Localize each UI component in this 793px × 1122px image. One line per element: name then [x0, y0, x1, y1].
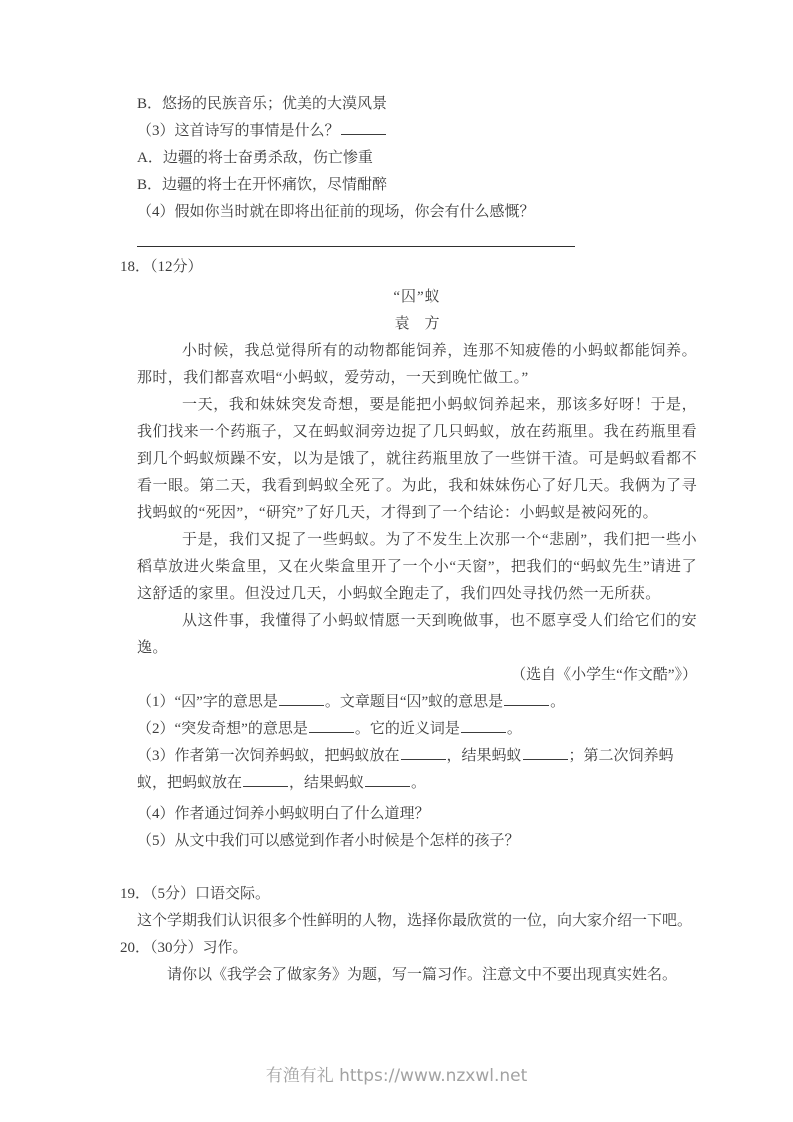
- sub-question-4: （4）作者通过饲养小蚂蚁明白了什么道理？: [137, 801, 697, 828]
- sub-question-2-part: 。它的近义词是: [355, 721, 460, 737]
- sub-question-2-part: 。: [507, 721, 522, 737]
- sub-question-1-part: 。: [550, 694, 565, 710]
- answer-blank: [279, 690, 324, 706]
- exam-page: B．悠扬的民族音乐；优美的大漠风景 （3）这首诗写的事情是什么？ A．边疆的将士…: [0, 0, 793, 1122]
- answer-blank: [504, 690, 549, 706]
- answer-blank: [341, 119, 386, 135]
- question-20-body: 请你以《我学会了做家务》为题，写一篇习作。注意文中不要出现真实姓名。: [137, 962, 697, 989]
- answer-blank: [401, 744, 446, 760]
- sub-question-5: （5）从文中我们可以感觉到作者小时候是个怎样的孩子？: [137, 828, 697, 855]
- poem-question-3: （3）这首诗写的事情是什么？: [137, 118, 697, 145]
- reading-paragraph-1: 小时候，我总觉得所有的动物都能饲养，连那不知疲倦的小蚂蚁都能饲养。那时，我们都喜…: [137, 338, 697, 392]
- reading-paragraph-4: 从这件事，我懂得了小蚂蚁情愿一天到晚做事，也不愿享受人们给它们的安逸。: [137, 608, 697, 662]
- answer-blank: [523, 744, 568, 760]
- page-footer-watermark: 有渔有礼 https://www.nzxwl.net: [0, 1063, 793, 1090]
- reading-author: 袁 方: [137, 311, 697, 338]
- option-b-drink: B．边疆的将士在开怀痛饮，尽情酣醉: [137, 172, 697, 199]
- question-19-header: 19．（5分）口语交际。: [120, 881, 697, 908]
- question-18-header: 18．（12分）: [120, 254, 697, 281]
- question-20-header: 20．（30分）习作。: [120, 935, 697, 962]
- option-a-battle: A．边疆的将士奋勇杀敌，伤亡惨重: [137, 145, 697, 172]
- sub-question-3-part: ，结果蚂蚁: [447, 748, 522, 764]
- answer-blank: [309, 717, 354, 733]
- answer-blank: [365, 771, 410, 787]
- sub-question-1-part: （1）“囚”字的意思是: [137, 694, 278, 710]
- answer-blank: [461, 717, 506, 733]
- poem-question-4: （4）假如你当时就在即将出征前的现场，你会有什么感慨？: [137, 199, 697, 226]
- reading-paragraph-3: 于是，我们又捉了一些蚂蚁。为了不发生上次那一个“悲剧”，我们把一些小稻草放进火柴…: [137, 527, 697, 608]
- sub-question-3-part: 。: [411, 775, 426, 791]
- sub-question-2: （2）“突发奇想”的意思是。它的近义词是。: [137, 716, 697, 743]
- sub-question-1: （1）“囚”字的意思是。文章题目“囚”蚁的意思是。: [137, 689, 697, 716]
- reading-paragraph-2: 一天，我和妹妹突发奇想，要是能把小蚂蚁饲养起来，那该多好呀！于是，我们找来一个药…: [137, 392, 697, 527]
- answer-blank: [243, 771, 288, 787]
- reading-source: （选自《小学生“作文酷”》）: [137, 662, 697, 689]
- sub-question-3-part: （3）作者第一次饲养蚂蚁，把蚂蚁放在: [137, 748, 400, 764]
- reading-title: “囚”蚁: [137, 284, 697, 311]
- sub-question-3: （3）作者第一次饲养蚂蚁，把蚂蚁放在，结果蚂蚁；第二次饲养蚂蚁，把蚂蚁放在，结果…: [137, 743, 697, 797]
- answer-rule-line: [137, 246, 575, 247]
- exam-content: B．悠扬的民族音乐；优美的大漠风景 （3）这首诗写的事情是什么？ A．边疆的将士…: [137, 91, 697, 989]
- poem-question-3-text: （3）这首诗写的事情是什么？: [137, 123, 340, 139]
- question-19-body: 这个学期我们认识很多个性鲜明的人物，选择你最欣赏的一位，向大家介绍一下吧。: [137, 908, 697, 935]
- sub-question-2-part: （2）“突发奇想”的意思是: [137, 721, 308, 737]
- sub-question-3-part: ，结果蚂蚁: [289, 775, 364, 791]
- sub-question-1-part: 。文章题目“囚”蚁的意思是: [325, 694, 503, 710]
- option-b-music: B．悠扬的民族音乐；优美的大漠风景: [137, 91, 697, 118]
